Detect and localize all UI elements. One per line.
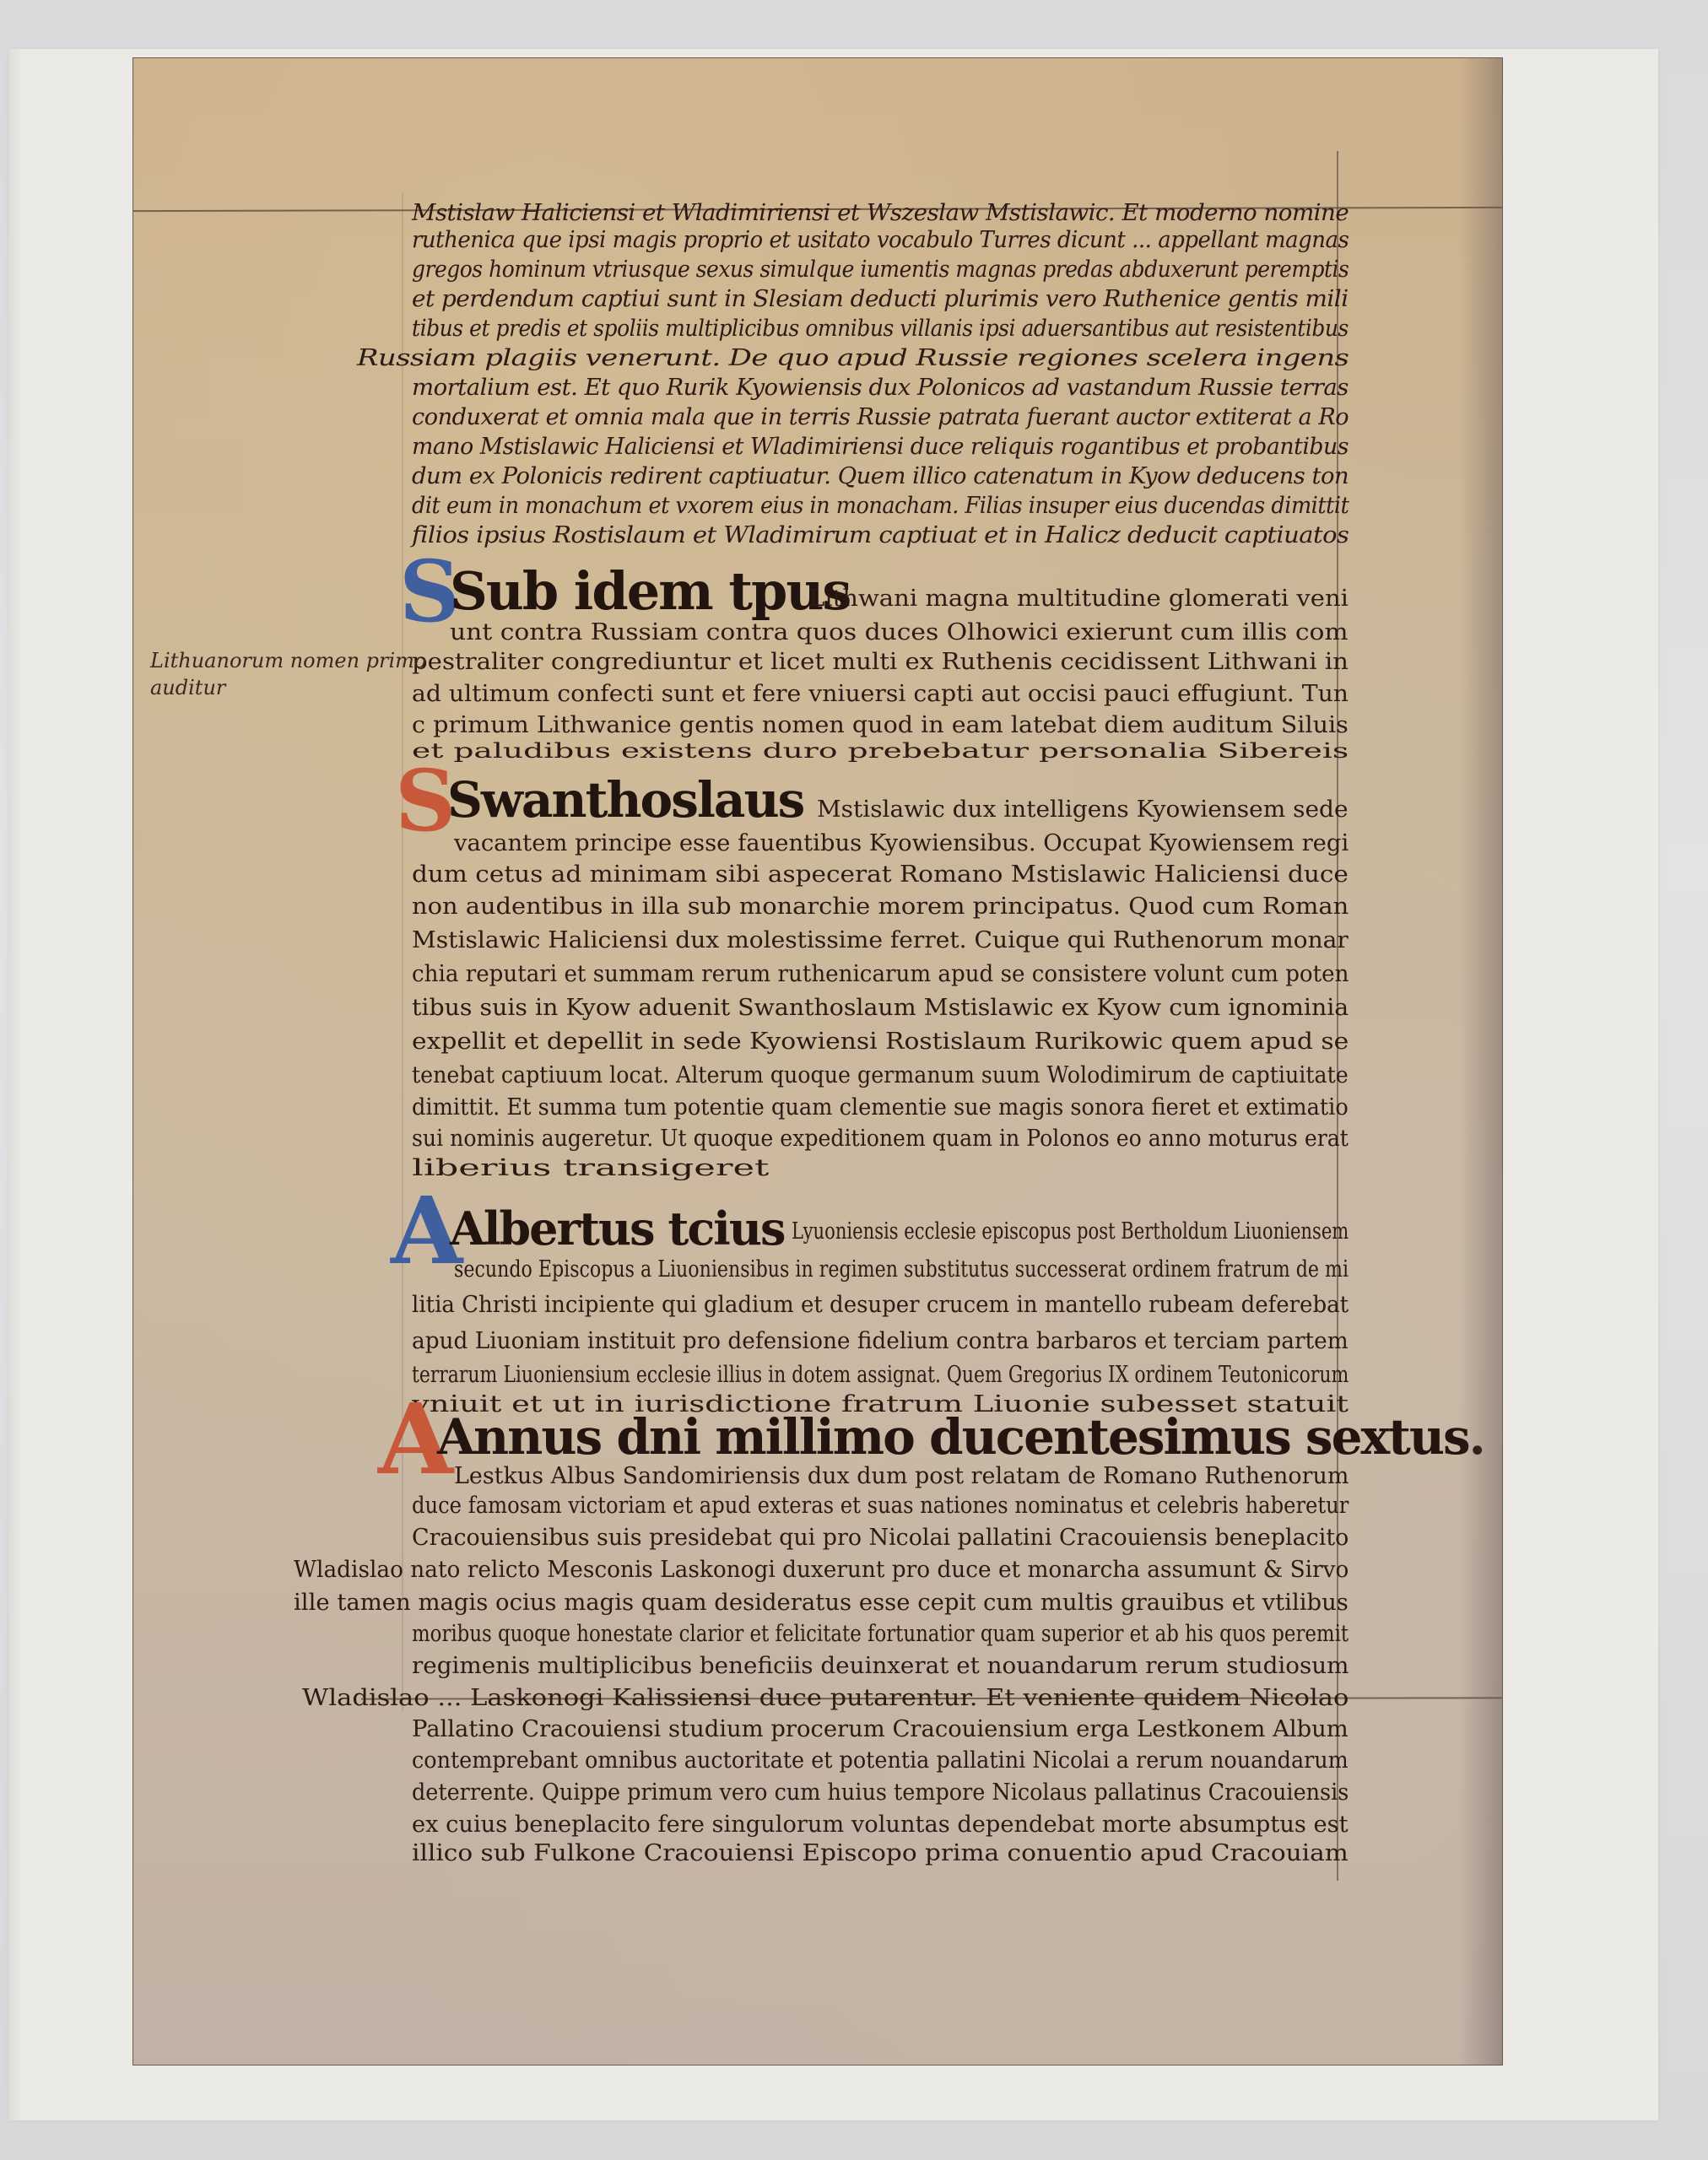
margin-note-lithuanorum: Lithuanorum nomen primo <box>150 649 426 672</box>
text-line: tibus suis in Kyow aduenit Swanthoslaum … <box>412 995 1349 1022</box>
text-line: ex cuius beneplacito fere singulorum vol… <box>412 1812 1349 1839</box>
text-line: dit eum in monachum et vxorem eius in mo… <box>412 493 1349 520</box>
text-line: Lithwani magna multitudine glomerati ven… <box>808 586 1349 613</box>
text-line: Pallatino Cracouiensi studium procerum C… <box>412 1716 1349 1743</box>
text-line: Wladislao nato relicto Mesconis Laskonog… <box>294 1557 1349 1584</box>
text-line: expellit et depellit in sede Kyowiensi R… <box>412 1029 1349 1056</box>
text-line: ad ultimum confecti sunt et fere vniuers… <box>412 681 1349 708</box>
text-line: terrarum Liuoniensium ecclesie illius in… <box>412 1362 1349 1389</box>
text-line: mortalium est. Et quo Rurik Kyowiensis d… <box>412 375 1349 402</box>
text-line: dum ex Polonicis redirent captiuatur. Qu… <box>412 463 1349 490</box>
text-line: Wladislao ... Laskonogi Kalissiensi duce… <box>302 1685 1349 1712</box>
text-line: et paludibus existens duro prebebatur pe… <box>412 737 1349 764</box>
text-line: deterrente. Quippe primum vero cum huius… <box>412 1779 1349 1806</box>
text-line: regimenis multiplicibus beneficiis deuin… <box>412 1653 1349 1680</box>
text-line: ille tamen magis ocius magis quam deside… <box>294 1590 1349 1617</box>
text-line: Mstislaw Haliciensi et Wladimiriensi et … <box>412 200 1349 227</box>
text-line: duce famosam victoriam et apud exteras e… <box>412 1493 1349 1520</box>
text-line: chia reputari et summam rerum ruthenicar… <box>412 961 1349 988</box>
section-heading-annus-domini: Annus dni millimo ducentesimus sextus. <box>437 1408 1484 1466</box>
section-heading-sub-idem-tempus: Sub idem tpus <box>450 560 850 622</box>
intro-paragraph: Mstislaw Haliciensi et Wladimiriensi et … <box>133 58 1502 564</box>
text-line: vacantem principe esse fauentibus Kyowie… <box>454 830 1349 857</box>
text-line: contemprebant omnibus auctoritate et pot… <box>412 1747 1349 1774</box>
text-line: Russiam plagiis venerunt. De quo apud Ru… <box>357 345 1349 372</box>
text-line: secundo Episcopus a Liuoniensibus in reg… <box>454 1256 1349 1283</box>
text-line: Mstislawic Haliciensi dux molestissime f… <box>412 927 1349 954</box>
section-heading-swanthoslaus: Swanthoslaus <box>447 771 803 829</box>
text-line: mano Mstislawic Haliciensi et Wladimirie… <box>412 434 1349 461</box>
text-line: litia Christi incipiente qui gladium et … <box>412 1292 1349 1319</box>
text-line: dimittit. Et summa tum potentie quam cle… <box>412 1094 1349 1121</box>
text-line: illico sub Fulkone Cracouiensi Episcopo … <box>412 1840 1349 1867</box>
text-line: apud Liuoniam instituit pro defensione f… <box>412 1328 1349 1355</box>
text-line: gregos hominum vtriusque sexus simulque … <box>412 256 1349 283</box>
text-line: tibus et predis et spoliis multiplicibus… <box>412 316 1349 343</box>
text-line: ruthenica que ipsi magis proprio et usit… <box>412 227 1349 254</box>
text-line: conduxerat et omnia mala que in terris R… <box>412 404 1349 431</box>
text-line: unt contra Russiam contra quos duces Olh… <box>450 619 1349 646</box>
text-line: sui nominis augeretur. Ut quoque expedit… <box>412 1126 1349 1153</box>
text-line: Lyuoniensis ecclesie episcopus post Bert… <box>792 1218 1349 1245</box>
text-line: moribus quoque honestate clarior et feli… <box>412 1621 1349 1648</box>
text-line: dum cetus ad minimam sibi aspecerat Roma… <box>412 861 1349 888</box>
text-line: filios ipsius Rostislaum et Wladimirum c… <box>412 522 1349 549</box>
text-line: non audentibus in illa sub monarchie mor… <box>412 894 1349 921</box>
text-line: Mstislawic dux intelligens Kyowiensem se… <box>817 796 1349 823</box>
text-line: liberius transigeret <box>412 1155 769 1182</box>
text-line: tenebat captiuum locat. Alterum quoque g… <box>412 1062 1349 1089</box>
manuscript-page: Mstislaw Haliciensi et Wladimiriensi et … <box>132 57 1503 2065</box>
text-line: et perdendum captiui sunt in Slesiam ded… <box>412 286 1349 313</box>
section-heading-albertus-tercius: Albertus tcius <box>450 1201 784 1255</box>
text-line: c primum Lithwanice gentis nomen quod in… <box>412 712 1349 739</box>
margin-note-auditur: auditur <box>150 676 225 699</box>
text-line: Cracouiensibus suis presidebat qui pro N… <box>412 1525 1349 1552</box>
text-line: pestraliter congrediuntur et licet multi… <box>412 649 1349 676</box>
text-line: Lestkus Albus Sandomiriensis dux dum pos… <box>454 1463 1349 1490</box>
